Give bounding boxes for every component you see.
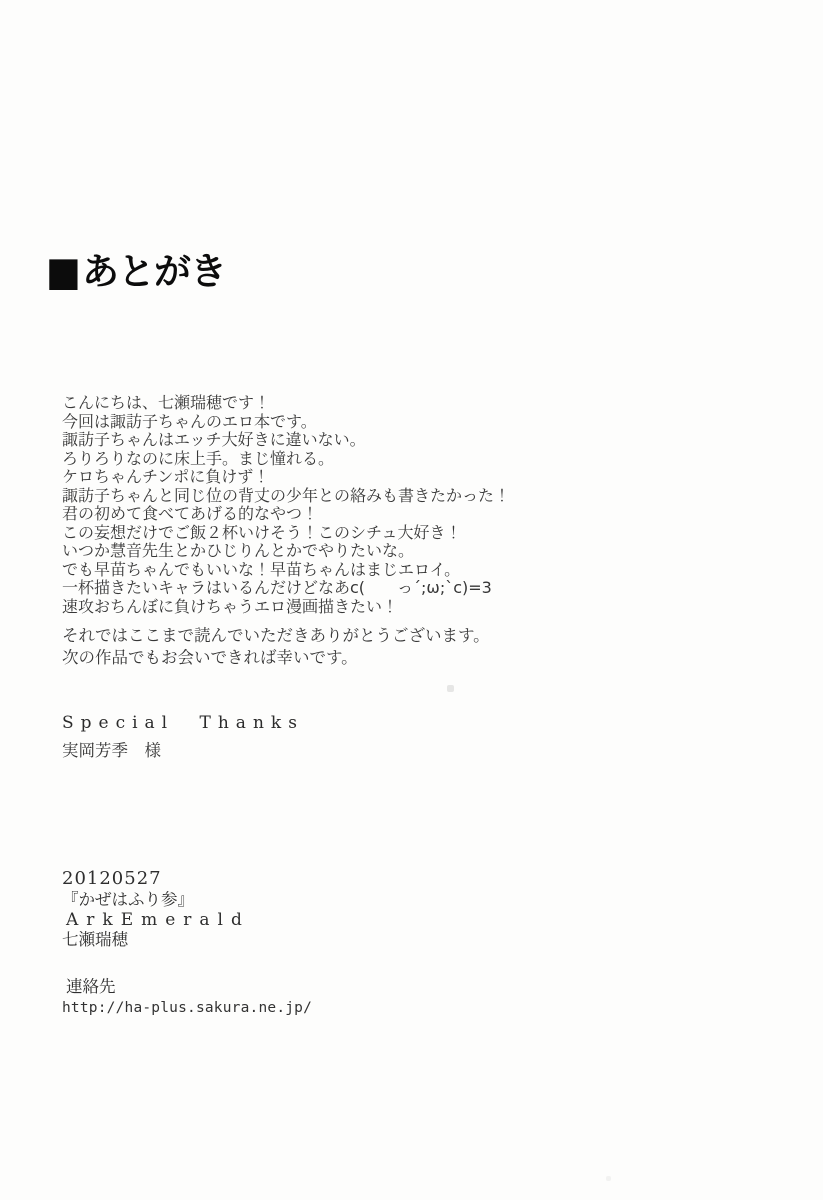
afterword-line: それではここまで読んでいただきありがとうございます。 <box>62 625 490 647</box>
scan-artifact-speck <box>606 1176 611 1181</box>
scanned-afterword-page: ■あとがき こんにちは、七瀬瑞穂です！ 今回は諏訪子ちゃんのエロ本です。 諏訪子… <box>0 0 823 1200</box>
special-thanks-heading: Special Thanks <box>62 713 304 733</box>
afterword-paragraph-2: それではここまで読んでいただきありがとうございます。 次の作品でもお会いできれば… <box>62 625 490 668</box>
afterword-line: ケロちゃんチンポに負けず！ <box>62 468 510 487</box>
title-square-marker: ■ <box>46 247 80 295</box>
circle-name: ArkEmerald <box>66 910 250 930</box>
afterword-line: 君の初めて食べてあげる的なやつ！ <box>62 505 510 524</box>
afterword-line: こんにちは、七瀬瑞穂です！ <box>62 394 510 413</box>
afterword-line: 今回は諏訪子ちゃんのエロ本です。 <box>62 413 510 432</box>
afterword-line: でも早苗ちゃんでもいいな！早苗ちゃんはまじエロイ。 <box>62 561 510 580</box>
page-title: ■あとがき <box>46 241 226 295</box>
special-thanks-section: Special Thanks 実岡芳季 様 <box>62 713 304 761</box>
afterword-line: 速攻おちんぼに負けちゃうエロ漫画描きたい！ <box>62 598 510 617</box>
afterword-line: この妄想だけでご飯２杯いけそう！このシチュ大好き！ <box>62 524 510 543</box>
release-date: 20120527 <box>62 869 250 889</box>
book-title: 『かぜはふり参』 <box>62 889 250 910</box>
contact-label: 連絡先 <box>66 977 312 997</box>
afterword-line: 諏訪子ちゃんはエッチ大好きに違いない。 <box>62 431 510 450</box>
contact-section: 連絡先 http://ha-plus.sakura.ne.jp/ <box>62 977 312 1019</box>
afterword-line: 次の作品でもお会いできれば幸いです。 <box>62 647 490 669</box>
afterword-line: ろりろりなのに床上手。まじ憧れる。 <box>62 450 510 469</box>
scan-artifact-speck <box>447 685 454 692</box>
author-name: 七瀬瑞穂 <box>62 930 250 950</box>
afterword-line: いつか慧音先生とかひじりんとかでやりたいな。 <box>62 542 510 561</box>
special-thanks-name: 実岡芳季 様 <box>62 737 304 761</box>
contact-url: http://ha-plus.sakura.ne.jp/ <box>62 997 312 1019</box>
credits-section: 20120527 『かぜはふり参』 ArkEmerald 七瀬瑞穂 <box>62 869 250 950</box>
page-title-text: あとがき <box>82 249 226 293</box>
afterword-paragraph-1: こんにちは、七瀬瑞穂です！ 今回は諏訪子ちゃんのエロ本です。 諏訪子ちゃんはエッ… <box>62 394 510 616</box>
afterword-line: 一杯描きたいキャラはいるんだけどなあc( っ´;ω;`c)=3 <box>62 579 510 598</box>
afterword-line: 諏訪子ちゃんと同じ位の背丈の少年との絡みも書きたかった！ <box>62 487 510 506</box>
